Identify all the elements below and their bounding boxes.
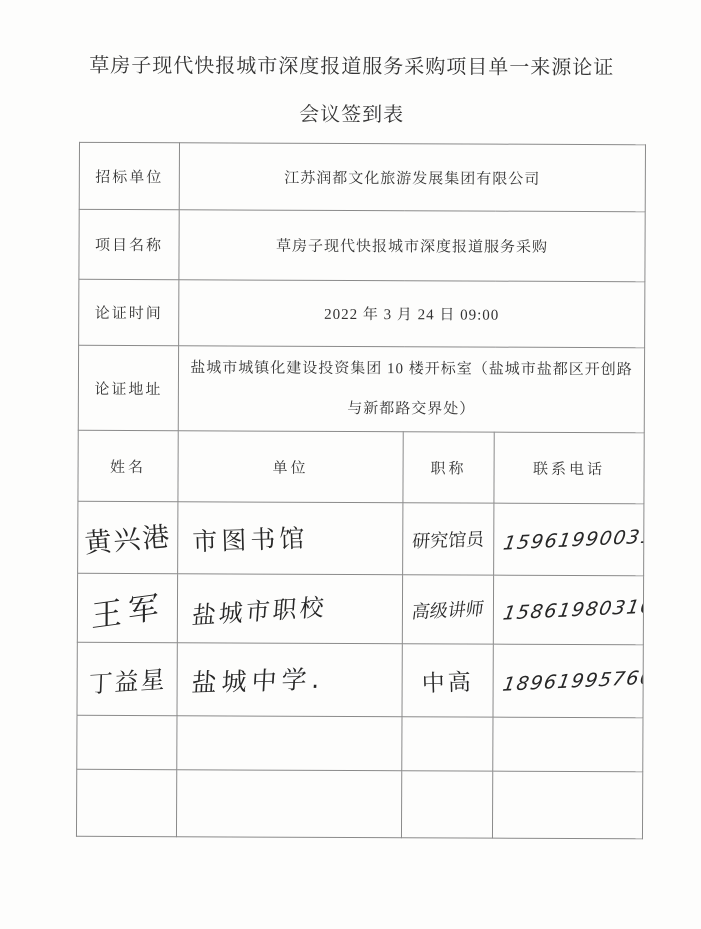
signature-title: 高级讲师 [410,595,485,625]
signature-title: 中高 [421,663,474,698]
scanned-page: 草房子现代快报城市深度报道服务采购项目单一来源论证 会议签到表 招标单位 江苏润… [0,0,701,929]
header-title: 职称 [403,432,494,503]
header-phone: 联系电话 [494,432,644,504]
signature-unit: 盐城中学. [191,660,326,700]
info-label-meeting-address: 论证地址 [78,345,178,430]
empty-cell [493,717,643,772]
info-label-meeting-time: 论证时间 [79,279,179,345]
empty-cell [176,770,401,838]
signature-title-cell: 研究馆员 [403,503,494,575]
table-row-meeting-address: 论证地址 盐城市城镇化建设投资集团 10 楼开标室（盐城市盐都区开创路与新都路交… [78,345,644,432]
signature-row: 丁益星 盐城中学. 中高 18961995760. [77,642,643,717]
signature-unit-cell: 盐城中学. [177,643,402,717]
signature-row: 黄兴港 市图书馆 研究馆员 15961990031 [78,501,644,575]
empty-cell [77,715,177,769]
info-value-bidding-unit: 江苏润都文化旅游发展集团有限公司 [179,143,645,212]
signature-phone: 18961995760. [501,666,643,695]
table-row-meeting-time: 论证时间 2022 年 3 月 24 日 09:00 [79,279,645,347]
info-value-project-name: 草房子现代快报城市深度报道服务采购 [179,210,645,282]
page-title: 草房子现代快报城市深度报道服务采购项目单一来源论证 会议签到表 [1,0,701,132]
empty-cell [492,771,642,839]
signature-name: 黄兴港 [83,514,173,560]
empty-cell [177,716,402,771]
page-title-line1: 草房子现代快报城市深度报道服务采购项目单一来源论证 [1,50,701,83]
signature-name-cell: 丁益星 [77,642,177,715]
signature-unit: 盐城市职校 [191,587,328,631]
signature-title: 研究馆员 [411,525,485,553]
table-row-bidding-unit: 招标单位 江苏润都文化旅游发展集团有限公司 [79,142,645,211]
signature-phone: 15961990031 [502,525,644,554]
signature-name-cell: 黄兴港 [78,501,178,573]
signature-unit: 市图书馆 [192,518,309,558]
empty-signature-row [77,715,643,771]
signature-unit-cell: 市图书馆 [178,502,403,575]
table-row-project-name: 项目名称 草房子现代快报城市深度报道服务采购 [79,209,645,281]
signin-table: 招标单位 江苏润都文化旅游发展集团有限公司 项目名称 草房子现代快报城市深度报道… [76,142,646,839]
info-label-project-name: 项目名称 [79,209,179,279]
signature-phone-cell: 15861980310 [493,575,643,645]
signature-unit-cell: 盐城市职校 [177,574,402,644]
empty-cell [76,769,176,836]
signature-row: 王军 盐城市职校 高级讲师 15861980310 [77,573,643,644]
header-name: 姓名 [78,430,178,501]
info-value-meeting-time: 2022 年 3 月 24 日 09:00 [179,280,645,348]
info-value-meeting-address: 盐城市城镇化建设投资集团 10 楼开标室（盐城市盐都区开创路与新都路交界处） [178,346,644,433]
empty-cell [401,771,492,838]
signature-name-cell: 王军 [77,573,177,642]
meeting-address-text: 盐城市城镇化建设投资集团 10 楼开标室（盐城市盐都区开创路与新都路交界处） [189,348,634,430]
signature-name: 王军 [91,580,165,635]
signature-title-cell: 高级讲师 [402,575,493,644]
empty-cell [402,717,493,771]
signature-phone-cell: 15961990031 [494,503,644,576]
info-label-bidding-unit: 招标单位 [79,142,179,209]
empty-signature-row [76,769,642,838]
signature-title-cell: 中高 [402,644,493,717]
signin-header-row: 姓名 单位 职称 联系电话 [78,430,644,503]
header-unit: 单位 [178,431,403,503]
page-title-line2: 会议签到表 [1,98,701,131]
signature-name: 丁益星 [88,659,167,699]
signature-phone-cell: 18961995760. [493,644,643,718]
signature-phone: 15861980310 [501,595,643,624]
